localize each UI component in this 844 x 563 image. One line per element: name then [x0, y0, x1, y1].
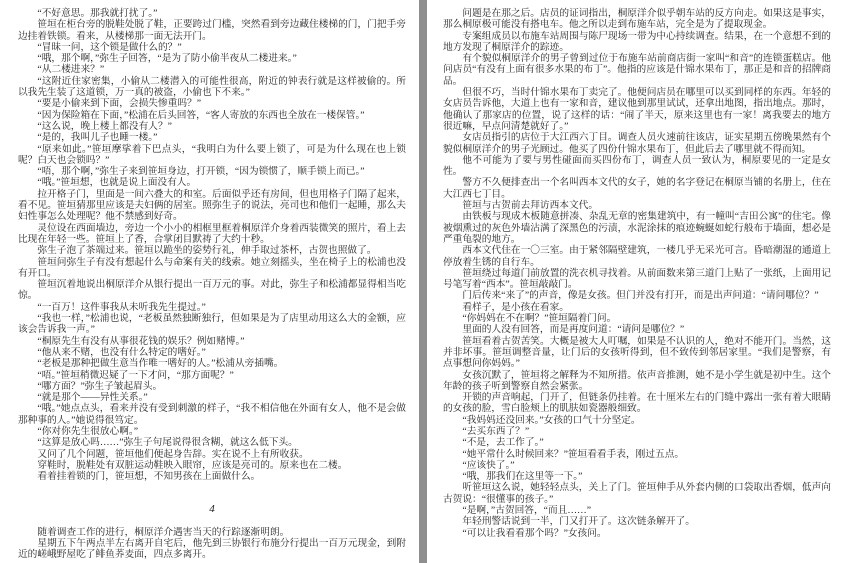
paragraph: 门后传来“来了”的声音，像是女孩。但门并没有打开，而是出声问道：“请问哪位？” [443, 290, 831, 301]
paragraph: “桐原先生有没有从事很花钱的娱乐？例如赌博。” [18, 336, 406, 347]
paragraph: 笹垣看着古贺苦笑。大概是被大人叮嘱，如果是不认识的人，绝对不能开门。当然，这并非… [443, 336, 831, 370]
paragraph: “应该快了。” [443, 460, 831, 471]
paragraph: “他从来不赌，也没有什么特定的嗜好。” [18, 347, 406, 358]
paragraph: 他不可能为了要与男性碰面而买四份布丁，调查人员一致认为，桐原要见的一定是女性。 [443, 155, 831, 178]
paragraph: “冒昧一问，这个锁是做什么的？” [18, 42, 406, 53]
paragraph: 笹垣在柜台旁的脱鞋处脱了鞋，正要跨过门槛，突然看到旁边藏住楼梯的门，门把手旁边挂… [18, 19, 406, 42]
paragraph: 由铁板与现成木板随意拼凑、杂乱无章的密集建筑中，有一幢叫“吉田公寓”的住宅。像被… [443, 211, 831, 245]
paragraph: 年轻刑警话说到一半，门又打开了。这次链条解开了。 [443, 516, 831, 527]
paragraph: 里面的人没有回答，而是再度问道：“请问是哪位？” [443, 324, 831, 335]
paragraph: 开锁的声音响起，门开了，但链条仍挂着。在十厘米左右的门缝中露出一张有着大眼睛的女… [443, 392, 831, 415]
paragraph: 听笹垣这么说，她轻轻点头，关上了门。笹垣伸手从外套内侧的口袋取出香烟，低声向古贺… [443, 482, 831, 505]
paragraph: “要是小偷来到下面，会损失惨重吗？” [18, 98, 406, 109]
paragraph: “你对你先生很放心啊。” [18, 426, 406, 437]
page-divider [419, 0, 427, 563]
paragraph: “你妈妈在不在啊？”笹垣隔着门问。 [443, 313, 831, 324]
paragraph: “是的，我叫儿子也睡一楼。” [18, 132, 406, 143]
paragraph: “哦，那我们在这里等一下。” [443, 471, 831, 482]
paragraph: “我也一样，”松浦也说，“老板虽然独断独行，但如果是为了店里动用这么大的金额，应… [18, 313, 406, 336]
paragraph: 灵位设在西面墙边，旁边一个小小的相框里框着桐原洋介身着西装微笑的照片，看上去比现… [18, 223, 406, 246]
left-page: “不好意思。那我就打扰了。”笹垣在柜台旁的脱鞋处脱了鞋，正要跨过门槛，突然看到旁… [0, 0, 419, 563]
paragraph: “就是那个——异性关系。” [18, 392, 406, 403]
right-page-content: 问题是在那之后。店员的证词指出，桐原洋介似乎朝车站的反方向走。如果这是事实，那么… [443, 8, 831, 539]
ebook-reader: “不好意思。那我就打扰了。”笹垣在柜台旁的脱鞋处脱了鞋，正要跨过门槛，突然看到旁… [0, 0, 844, 563]
paragraph: 星期五下午两点半左右离开自宅后，他先到三协银行布施分行提出一百万元现金，到附近的… [18, 538, 406, 561]
paragraph: 专案组成员以布施车站周围与陈尸现场一带为中心持续调查。结果，在一个意想不到的地方… [443, 31, 831, 54]
paragraph: 弥生子泡了茶端过来。笹垣以跪坐的姿势行礼，伸手取过茶杯，古贺也照做了。 [18, 245, 406, 256]
paragraph: “一百万！这件事我从未听我先生提过。” [18, 302, 406, 313]
left-page-content: “不好意思。那我就打扰了。”笹垣在柜台旁的脱鞋处脱了鞋，正要跨过门槛，突然看到旁… [18, 8, 406, 561]
paragraph: “这么说，晚上楼上都没有人？” [18, 121, 406, 132]
paragraph: “老板是那种把做生意当作唯一嗜好的人。”松浦从旁插嘴。 [18, 358, 406, 369]
paragraph: 看样子，是小孩在看家。 [443, 302, 831, 313]
paragraph: 警方不久便排查出一个名叫西本文代的女子，她的名字登记在桐原当铺的名册上，住在大江… [443, 177, 831, 200]
paragraph: 女店员指引的店位于大江西六丁目。调查人员火速前往该店，证实星期五傍晚果然有个貌似… [443, 132, 831, 155]
paragraph: “不好意思。那我就打扰了。” [18, 8, 406, 19]
paragraph: 笹垣沉着地说出桐原洋介从银行提出一百万元的事。对此，弥生子和松浦都显得相当吃惊。 [18, 279, 406, 302]
paragraph: 拉开格子门，里面是一间六叠大的和室。后面似乎还有房间，但也用格子门隔了起来，看不… [18, 189, 406, 223]
paragraph: 看着挂着锁的门，笹垣想，不知男孩在上面做什么。 [18, 471, 406, 482]
paragraph: 笹垣与古贺前去拜访西本文代。 [443, 200, 831, 211]
paragraph: “哦。”笹垣想，也就是说上面没有人。 [18, 177, 406, 188]
paragraph: “不是，去工作了。” [443, 437, 831, 448]
paragraph: 又问了几个问题，笹垣他们便起身告辞。实在说不上有所收获。 [18, 449, 406, 460]
paragraph: 笹垣问弥生子有没有想起什么与命案有关的线索。她立刻摇头，坐在椅子上的松浦也没有开… [18, 257, 406, 280]
paragraph: “这算是放心吗……”弥生子句尾说得很含糊，就这么低下头。 [18, 437, 406, 448]
paragraph: 西本文代住在一〇三室。由于紧邻隔壁建筑，一楼几乎无采光可言。昏暗潮湿的通道上停放… [443, 245, 831, 268]
paragraph: “可以让我看看那个吗？”女孩问。 [443, 528, 831, 539]
paragraph: 有个貌似桐原洋介的男子曾到过位于布施车站前商店街一家叫“和音”的连锁蛋糕店。他问… [443, 53, 831, 87]
paragraph: “去买东西了？” [443, 426, 831, 437]
paragraph: “从二楼进来？” [18, 64, 406, 75]
section-number: 4 [18, 504, 406, 515]
right-page: 问题是在那之后。店员的证词指出，桐原洋介似乎朝车站的反方向走。如果这是事实，那么… [427, 0, 844, 563]
paragraph: “这附近住家密集，小偷从二楼潜入的可能性很高，附近的钟表行就是这样被偷的。所以我… [18, 76, 406, 99]
paragraph: “我妈妈还没回来。”女孩的口气十分坚定。 [443, 415, 831, 426]
paragraph: 女孩沉默了，笹垣将之解释为不知所措。依声音推测，她不是小学生就是初中生。这个年龄… [443, 370, 831, 393]
paragraph: 但很不巧，当时什锦水果布丁卖完了。他便问店员在哪里可以买到同样的东西。年轻的女店… [443, 87, 831, 132]
paragraph: 问题是在那之后。店员的证词指出，桐原洋介似乎朝车站的反方向走。如果这是事实，那么… [443, 8, 831, 31]
paragraph: 随着调查工作的进行，桐原洋介遇害当天的行踪逐渐明朗。 [18, 527, 406, 538]
paragraph: 穿鞋时，脱鞋处有双脏运动鞋映入眼帘，应该是亮司的。原来也在二楼。 [18, 460, 406, 471]
paragraph: “原来如此。”笹垣摩挲着下巴点头，“我明白为什么要上锁了，可是为什么现在也上锁呢… [18, 144, 406, 167]
paragraph: “唔。”笹垣稍微迟疑了一下才问，“那方面呢？” [18, 370, 406, 381]
paragraph: “是啊，”古贺回答，“而且……” [443, 505, 831, 516]
paragraph: “哦，那个啊，”弥生子回答，“是为了防小偷半夜从二楼进来。” [18, 53, 406, 64]
paragraph: “因为保险箱在下面，”松浦在后头回答，“客人寄放的东西也全放在一楼保管。” [18, 110, 406, 121]
paragraph: “哪方面？”弥生子皱起眉头。 [18, 381, 406, 392]
paragraph: “唔，那个啊，”弥生子来到笹垣身边，打开锁，“因为锁惯了，顺手锁上而已。” [18, 166, 406, 177]
paragraph: “哦。”她点点头，看来并没有受到刺激的样子，“我不相信他在外面有女人，他不是会做… [18, 403, 406, 426]
paragraph: 笹垣绕过每道门前放置的洗衣机寻找着。从前面数来第三道门上贴了一张纸，上面用记号笔… [443, 268, 831, 291]
paragraph: “她平常什么时候回来？”笹垣看看手表，刚过五点。 [443, 449, 831, 460]
